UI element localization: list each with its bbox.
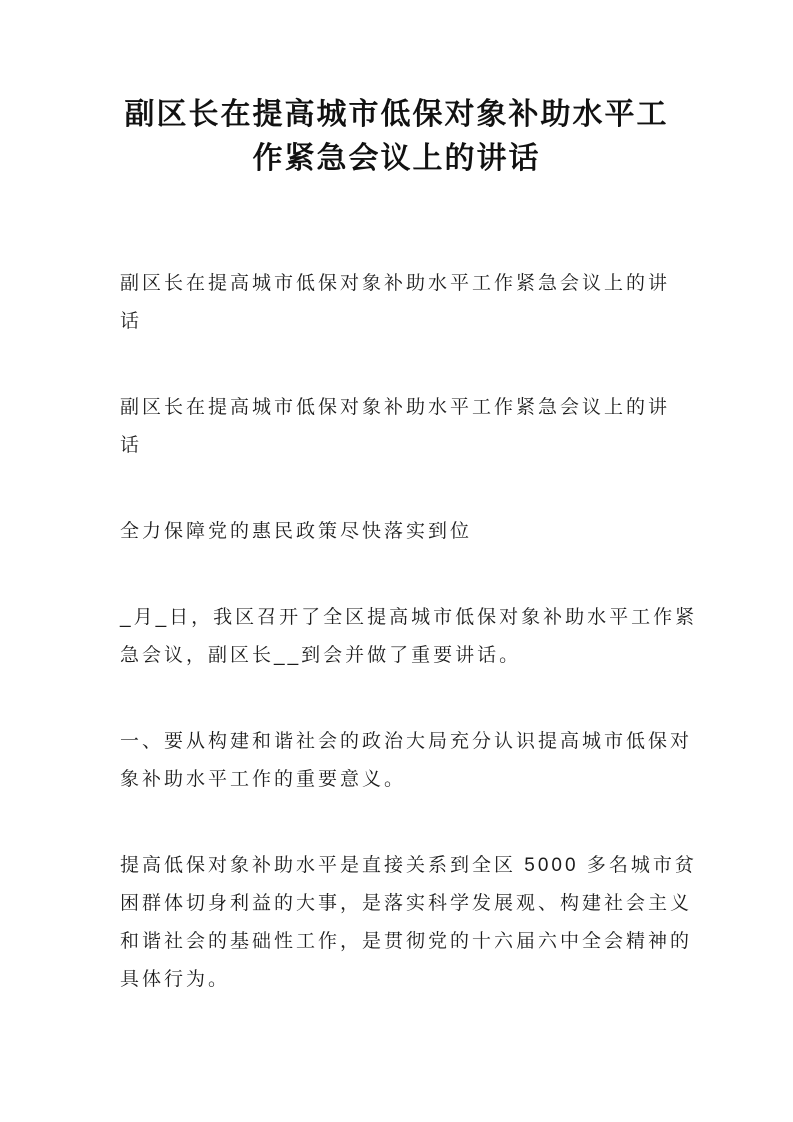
document-page: 副区长在提高城市低保对象补助水平工 作紧急会议上的讲话 副区长在提高城市低保对象…: [0, 0, 793, 1122]
paragraph-title-repeat-2: 副区长在提高城市低保对象补助水平工作紧急会议上的讲 话: [120, 389, 713, 465]
paragraph-subtitle: 全力保障党的惠民政策尽快落实到位: [120, 513, 713, 551]
paragraph-title-repeat-1: 副区长在提高城市低保对象补助水平工作紧急会议上的讲 话: [120, 265, 713, 341]
paragraph-section-heading: 一、要从构建和谐社会的政治大局充分认识提高城市低保对 象补助水平工作的重要意义。: [120, 723, 713, 799]
paragraph-intro: _月_日，我区召开了全区提高城市低保对象补助水平工作紧 急会议，副区长__到会并…: [120, 599, 713, 675]
document-body: 副区长在提高城市低保对象补助水平工作紧急会议上的讲 话 副区长在提高城市低保对象…: [120, 265, 713, 999]
paragraph-body-text: 提高低保对象补助水平是直接关系到全区 5000 多名城市贫 困群体切身利益的大事…: [120, 847, 713, 999]
document-title: 副区长在提高城市低保对象补助水平工 作紧急会议上的讲话: [0, 0, 793, 181]
